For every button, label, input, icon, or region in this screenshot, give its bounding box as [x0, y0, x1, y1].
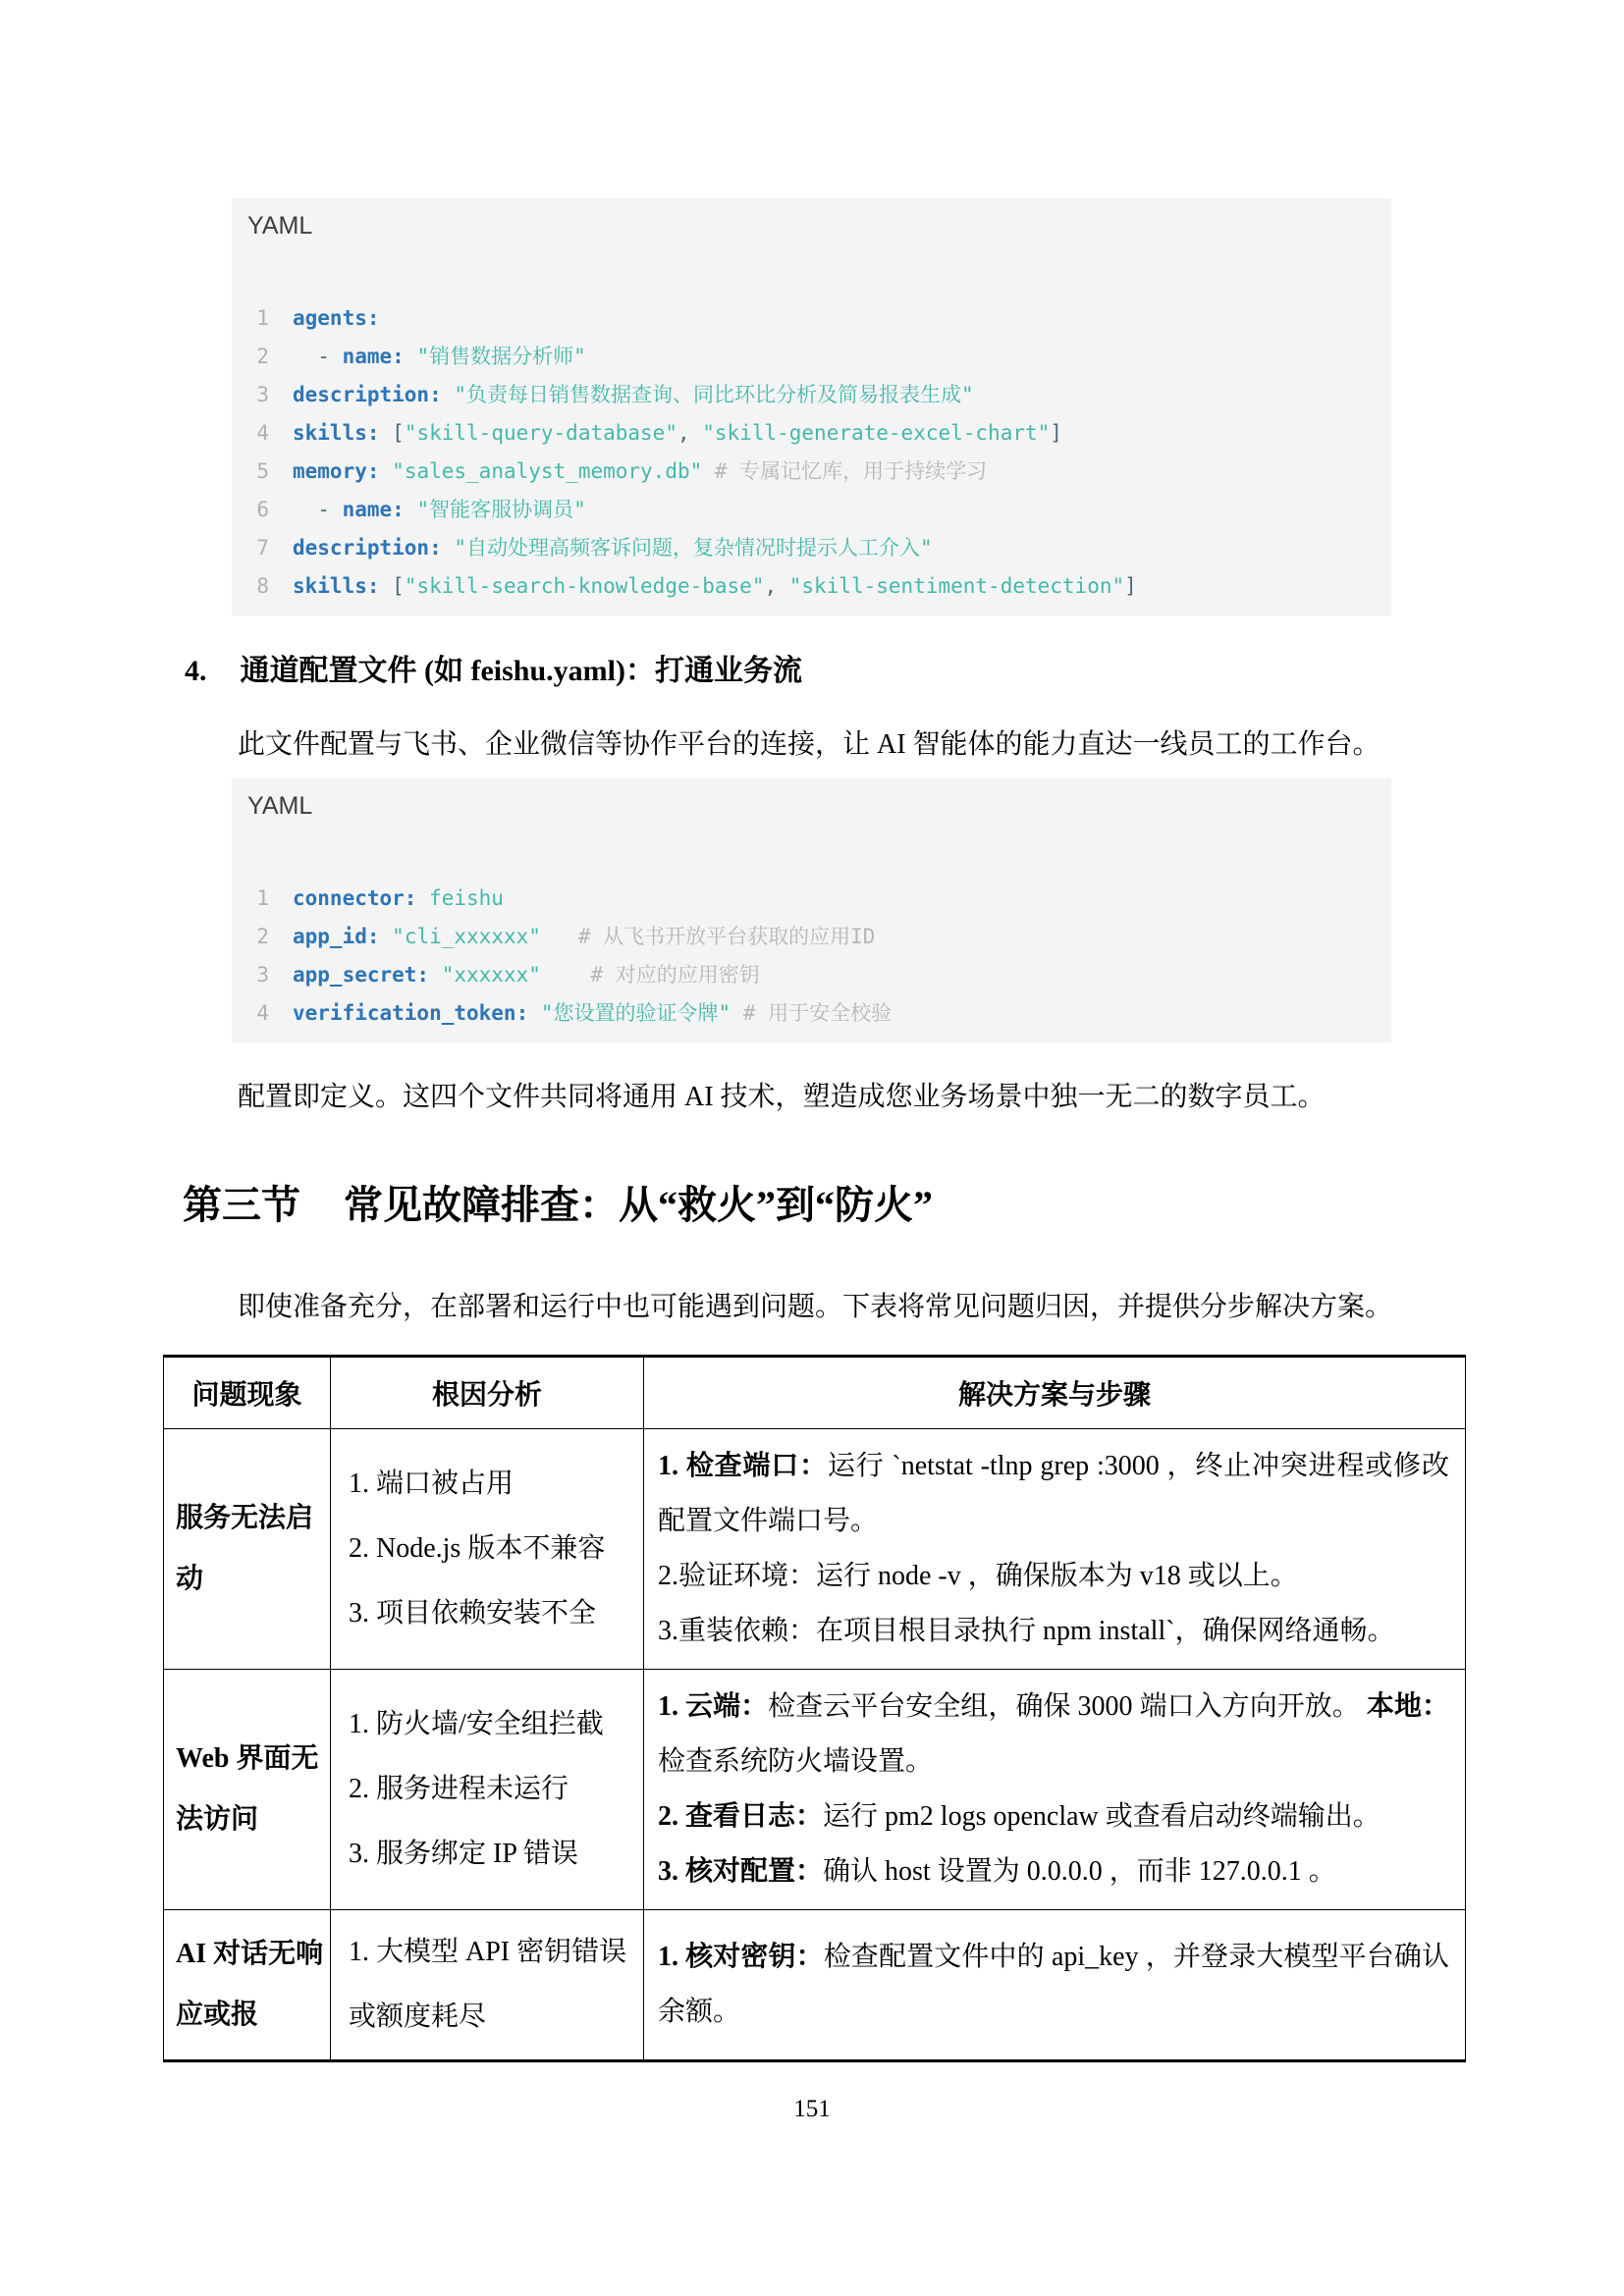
cell-root-cause: 1. 端口被占用2. Node.js 版本不兼容3. 项目依赖安装不全 — [331, 1429, 644, 1670]
paragraph-troubleshooting-intro: 即使准备充分，在部署和运行中也可能遇到问题。下表将常见问题归因，并提供分步解决方… — [183, 1274, 1435, 1341]
subsection-title: 通道配置文件 (如 feishu.yaml)：打通业务流 — [241, 655, 803, 687]
solution-step-label: 1. 检查端口： — [658, 1451, 828, 1481]
code-text: skills: ["skill-query-database", "skill-… — [269, 421, 1062, 445]
code-text: description: "自动处理高频客诉问题，复杂情况时提示人工介入" — [269, 536, 933, 560]
code-line: 5memory: "sales_analyst_memory.db" # 专属记… — [232, 453, 1391, 491]
code-text: - name: "智能客服协调员" — [269, 498, 586, 521]
code-text: description: "负责每日销售数据查询、同比环比分析及简易报表生成" — [269, 383, 974, 406]
cell-phenomenon: Web 界面无法访问 — [164, 1670, 331, 1910]
troubleshooting-table: 问题现象 根因分析 解决方案与步骤 服务无法启动1. 端口被占用2. Node.… — [163, 1355, 1466, 2062]
solution-step-label: 2. 查看日志： — [658, 1801, 823, 1832]
code-line: 4verification_token: "您设置的验证令牌" # 用于安全校验 — [232, 994, 1391, 1033]
code-text: memory: "sales_analyst_memory.db" # 专属记忆… — [269, 459, 987, 483]
code-text: - name: "销售数据分析师" — [269, 345, 586, 368]
solution-step: 1. 检查端口：运行 `netstat -tlnp grep :3000 ，终止… — [658, 1439, 1449, 1549]
page-number: 151 — [0, 2096, 1624, 2123]
code-line: 2app_id: "cli_xxxxxx" # 从飞书开放平台获取的应用ID — [232, 918, 1391, 956]
solution-step-text: 确认 host 设置为 0.0.0.0 ，而非 127.0.0.1 。 — [823, 1856, 1336, 1887]
line-number: 6 — [240, 491, 269, 529]
solution-step-text: 3.重装依赖：在项目根目录执行 npm install`，确保网络通畅。 — [658, 1616, 1395, 1646]
cause-item: 2. 服务进程未运行 — [349, 1757, 635, 1822]
cell-phenomenon: 服务无法启动 — [164, 1429, 331, 1670]
line-number: 2 — [240, 338, 269, 376]
code-line: 1connector: feishu — [232, 880, 1391, 918]
code-lines-feishu: 1connector: feishu2app_id: "cli_xxxxxx" … — [232, 880, 1391, 1033]
code-text: agents: — [269, 306, 380, 330]
code-line: 4skills: ["skill-query-database", "skill… — [232, 414, 1391, 453]
code-line: 7description: "自动处理高频客诉问题，复杂情况时提示人工介入" — [232, 529, 1391, 567]
table-body: 服务无法启动1. 端口被占用2. Node.js 版本不兼容3. 项目依赖安装不… — [164, 1429, 1466, 2061]
line-number: 4 — [240, 414, 269, 453]
code-line: 1agents: — [232, 299, 1391, 338]
section-heading-troubleshooting: 第三节常见故障排查：从“救火”到“防火” — [183, 1180, 1465, 1231]
yaml-code-block-feishu: YAML 1connector: feishu2app_id: "cli_xxx… — [232, 778, 1391, 1042]
solution-step-text: 检查系统防火墙设置。 — [658, 1746, 933, 1777]
cell-solution: 1. 检查端口：运行 `netstat -tlnp grep :3000 ，终止… — [644, 1429, 1466, 1670]
solution-step-label: 1. 核对密钥： — [658, 1942, 824, 1972]
cell-root-cause: 1. 大模型 API 密钥错误或额度耗尽 — [331, 1910, 644, 2061]
cause-item: 1. 大模型 API 密钥错误或额度耗尽 — [349, 1920, 635, 2050]
solution-step: 2.验证环境：运行 node -v ，确保版本为 v18 或以上。 — [658, 1549, 1449, 1604]
code-line: 3app_secret: "xxxxxx" # 对应的应用密钥 — [232, 956, 1391, 994]
table-header-solution: 解决方案与步骤 — [644, 1357, 1466, 1429]
solution-step-text: 检查云平台安全组，确保 3000 端口入方向开放。 — [768, 1691, 1367, 1722]
cause-item: 1. 防火墙/安全组拦截 — [349, 1692, 635, 1757]
paragraph-channel-config: 此文件配置与飞书、企业微信等协作平台的连接，让 AI 智能体的能力直达一线员工的… — [183, 712, 1435, 778]
code-lines-agents: 1agents:2 - name: "销售数据分析师"3description:… — [232, 299, 1391, 606]
code-text: app_id: "cli_xxxxxx" # 从飞书开放平台获取的应用ID — [269, 925, 875, 948]
code-line: 8skills: ["skill-search-knowledge-base",… — [232, 567, 1391, 606]
line-number: 7 — [240, 529, 269, 567]
yaml-code-block-agents: YAML 1agents:2 - name: "销售数据分析师"3descrip… — [232, 198, 1391, 615]
paragraph-config-definition: 配置即定义。这四个文件共同将通用 AI 技术，塑造成您业务场景中独一无二的数字员… — [183, 1064, 1435, 1131]
solution-step: 1. 核对密钥：检查配置文件中的 api_key ，并登录大模型平台确认余额。 — [658, 1930, 1449, 2040]
section-title: 常见故障排查：从“救火”到“防火” — [344, 1183, 933, 1227]
cell-solution: 1. 核对密钥：检查配置文件中的 api_key ，并登录大模型平台确认余额。 — [644, 1910, 1466, 2061]
solution-step: 3. 核对配置：确认 host 设置为 0.0.0.0 ，而非 127.0.0.… — [658, 1844, 1449, 1899]
code-line: 3description: "负责每日销售数据查询、同比环比分析及简易报表生成" — [232, 376, 1391, 414]
cell-root-cause: 1. 防火墙/安全组拦截2. 服务进程未运行3. 服务绑定 IP 错误 — [331, 1670, 644, 1910]
solution-step: 3.重装依赖：在项目根目录执行 npm install`，确保网络通畅。 — [658, 1604, 1449, 1659]
table-row: Web 界面无法访问1. 防火墙/安全组拦截2. 服务进程未运行3. 服务绑定 … — [164, 1670, 1466, 1910]
code-text: skills: ["skill-search-knowledge-base", … — [269, 574, 1137, 598]
code-language-label: YAML — [232, 792, 1391, 821]
line-number: 3 — [240, 376, 269, 414]
solution-step-label: 3. 核对配置： — [658, 1856, 823, 1887]
cell-solution: 1. 云端：检查云平台安全组，确保 3000 端口入方向开放。 本地：检查系统防… — [644, 1670, 1466, 1910]
table-row: 服务无法启动1. 端口被占用2. Node.js 版本不兼容3. 项目依赖安装不… — [164, 1429, 1466, 1670]
cause-item: 2. Node.js 版本不兼容 — [349, 1517, 635, 1581]
solution-step: 1. 云端：检查云平台安全组，确保 3000 端口入方向开放。 本地：检查系统防… — [658, 1680, 1449, 1789]
table-row: AI 对话无响应或报1. 大模型 API 密钥错误或额度耗尽1. 核对密钥：检查… — [164, 1910, 1466, 2061]
table-header-phenomenon: 问题现象 — [164, 1357, 331, 1429]
section-number-label: 第三节 — [183, 1183, 300, 1227]
table-header-root-cause: 根因分析 — [331, 1357, 644, 1429]
line-number: 8 — [240, 567, 269, 606]
solution-step-label: 1. 云端： — [658, 1691, 768, 1722]
cause-item: 1. 端口被占用 — [349, 1452, 635, 1517]
code-line: 2 - name: "销售数据分析师" — [232, 338, 1391, 376]
solution-step: 2. 查看日志：运行 pm2 logs openclaw 或查看启动终端输出。 — [658, 1789, 1449, 1844]
page-content: YAML 1agents:2 - name: "销售数据分析师"3descrip… — [163, 198, 1465, 2062]
code-line: 6 - name: "智能客服协调员" — [232, 491, 1391, 529]
code-language-label: YAML — [232, 212, 1391, 240]
subsection-number: 4. — [185, 655, 207, 687]
solution-step-text: 运行 pm2 logs openclaw 或查看启动终端输出。 — [823, 1801, 1380, 1832]
subsection-heading-channel-config: 4.通道配置文件 (如 feishu.yaml)：打通业务流 — [185, 651, 1465, 692]
code-text: connector: feishu — [269, 886, 504, 910]
cause-item: 3. 项目依赖安装不全 — [349, 1581, 635, 1646]
cause-item: 3. 服务绑定 IP 错误 — [349, 1822, 635, 1887]
code-text: app_secret: "xxxxxx" # 对应的应用密钥 — [269, 963, 760, 987]
line-number: 1 — [240, 299, 269, 338]
code-text: verification_token: "您设置的验证令牌" # 用于安全校验 — [269, 1001, 892, 1025]
cell-phenomenon: AI 对话无响应或报 — [164, 1910, 331, 2061]
table-header-row: 问题现象 根因分析 解决方案与步骤 — [164, 1357, 1466, 1429]
line-number: 3 — [240, 956, 269, 994]
line-number: 4 — [240, 994, 269, 1033]
line-number: 5 — [240, 453, 269, 491]
line-number: 2 — [240, 918, 269, 956]
line-number: 1 — [240, 880, 269, 918]
solution-step-label: 本地： — [1367, 1691, 1449, 1722]
solution-step-text: 2.验证环境：运行 node -v ，确保版本为 v18 或以上。 — [658, 1561, 1298, 1591]
